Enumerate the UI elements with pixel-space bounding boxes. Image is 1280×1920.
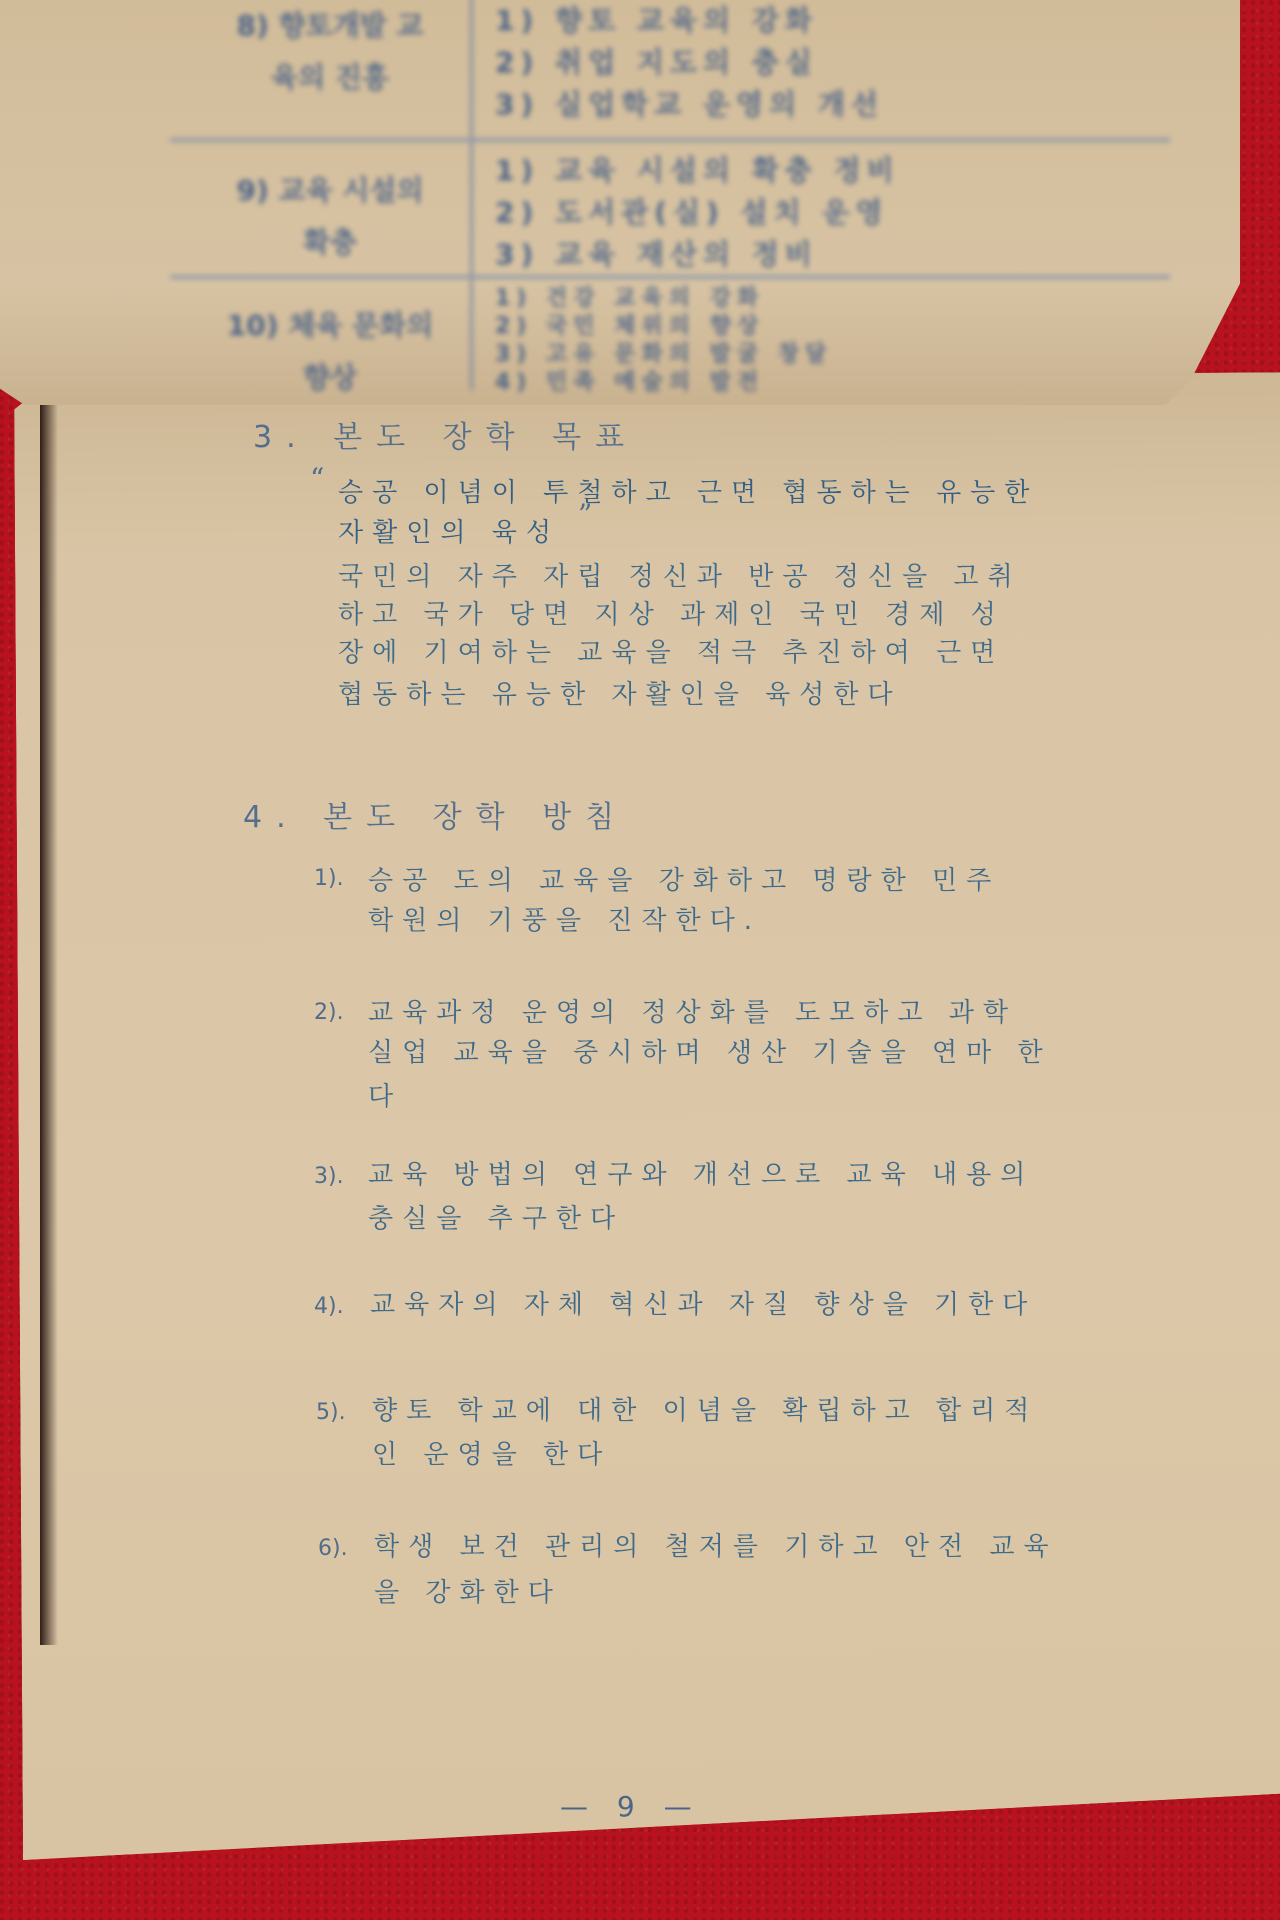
item-number: 5). bbox=[316, 1400, 346, 1425]
motto-line: 승공 이념이 투철하고 근면 협동하는 유능한 bbox=[338, 472, 1038, 509]
policy-line: 교육자의 자체 혁신과 자질 향상을 기한다 bbox=[370, 1284, 1036, 1321]
policy-line: 학원의 기풍을 진작한다. bbox=[368, 900, 761, 937]
body-line: 하고 국가 당면 지상 과제인 국민 경제 성 bbox=[338, 594, 1005, 631]
page-content: 3. 본도 장학 목표 “ 승공 이념이 투철하고 근면 협동하는 유능한 자활… bbox=[0, 0, 1280, 1920]
item-number: 1). bbox=[314, 866, 344, 891]
page-number: — 9 — bbox=[560, 1790, 702, 1823]
item-number: 2). bbox=[314, 1000, 344, 1025]
open-quote: “ bbox=[310, 462, 324, 495]
policy-line: 인 운영을 한다 bbox=[372, 1434, 611, 1471]
policy-line: 학생 보건 관리의 철저를 기하고 안전 교육 bbox=[374, 1526, 1058, 1563]
policy-line: 다 bbox=[368, 1076, 402, 1113]
motto-line: 자활인의 육성 bbox=[338, 512, 560, 549]
policy-line: 승공 도의 교육을 강화하고 명랑한 민주 bbox=[368, 860, 1000, 897]
policy-line: 을 강화한다 bbox=[374, 1572, 562, 1609]
item-number: 6). bbox=[318, 1536, 348, 1561]
close-quote: ” bbox=[578, 498, 592, 531]
policy-line: 실업 교육을 중시하며 생산 기술을 연마 한 bbox=[368, 1032, 1052, 1069]
policy-line: 충실을 추구한다 bbox=[368, 1198, 624, 1235]
body-line: 장에 기여하는 교육을 적극 추진하여 근면 bbox=[338, 632, 1004, 669]
section-3-heading: 3. 본도 장학 목표 bbox=[253, 412, 638, 456]
item-number: 4). bbox=[314, 1294, 344, 1319]
body-line: 국민의 자주 자립 정신과 반공 정신을 고취 bbox=[338, 556, 1022, 593]
item-number: 3). bbox=[314, 1164, 344, 1189]
policy-line: 교육 방법의 연구와 개선으로 교육 내용의 bbox=[368, 1154, 1034, 1191]
policy-line: 교육과정 운영의 정상화를 도모하고 과학 bbox=[368, 992, 1017, 1029]
section-4-heading: 4. 본도 장학 방침 bbox=[243, 792, 628, 836]
policy-line: 향토 학교에 대한 이념을 확립하고 합리적 bbox=[372, 1390, 1038, 1427]
body-line: 협동하는 유능한 자활인을 육성한다 bbox=[338, 674, 902, 711]
